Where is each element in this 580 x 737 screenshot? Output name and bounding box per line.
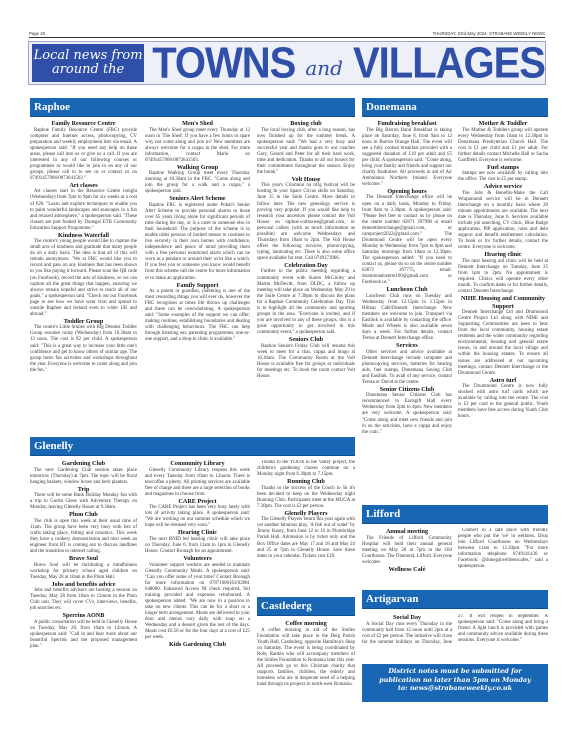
article: Kids Gardening Club <box>145 641 250 649</box>
article-heading: Hearing clinic <box>458 251 548 259</box>
lifford-column: Annual meetingThe Friends of Lifford Com… <box>362 528 548 588</box>
article: Mother & ToddlerThe Mother & Toddlers gr… <box>458 120 548 164</box>
article-body: Dennett Interchange Ltd and Drummond Cen… <box>458 310 548 377</box>
article: Toddler GroupThe centre's Little Smiles … <box>30 318 137 374</box>
article-body: The next hearing aid clinic will be held… <box>458 259 548 295</box>
notice-line-1: District notes must be submitted for <box>362 667 548 676</box>
article-body: The centre's young people would like to … <box>30 239 137 318</box>
article-heading: Community Library <box>145 460 250 468</box>
article: Luncheon ClubLuncheon Club runs on Tuesd… <box>362 286 452 342</box>
article-heading: NIHE Housing and Community Support <box>458 295 548 310</box>
article-body: The club is open this week at their usua… <box>30 519 137 555</box>
article: Boxing clubThe local boxing club, after … <box>257 120 355 176</box>
article-heading: Art classes <box>30 182 137 190</box>
kicker-line-1: Local news from <box>32 49 144 63</box>
article-heading: Family Support <box>145 282 250 290</box>
article-body: The Drummond Centre is now fully stocked… <box>458 384 548 420</box>
article: CARE ProjectThe CARE Project has been ve… <box>145 498 250 530</box>
article-heading: Kindness Waterfall <box>30 232 137 240</box>
article-heading: Running Club <box>257 478 355 486</box>
article: Celebration DayFurther to the public mee… <box>257 262 355 336</box>
masthead-banner: Local news from around the TOWNS and VIL… <box>28 41 546 85</box>
article-body: Raphoe FRC is registered under Pobal's S… <box>145 203 250 282</box>
article-body: The next Gardening Club session takes pl… <box>30 468 137 486</box>
masthead-kicker: Local news from around the <box>32 44 144 82</box>
article-heading: Coffee morning <box>257 620 355 628</box>
article: Opening hoursThe Dennett Interchange off… <box>362 188 452 286</box>
article: Seniors Alert SchemeRaphoe FRC is regist… <box>145 195 250 281</box>
article-heading: Annual meeting <box>362 528 452 536</box>
raphoe-column-3: Boxing clubThe local boxing club, after … <box>257 120 355 435</box>
article-body: Donemana Senior Citizens Club has recomm… <box>362 393 452 435</box>
article-body: Art classes start in the Resource Centre… <box>30 189 137 231</box>
section-header-raphoe: Raphoe <box>30 98 355 117</box>
article-body: The Mother & Toddlers group will operate… <box>458 128 548 164</box>
article: TripThere will be some Bank Holiday Mond… <box>30 486 137 512</box>
article-body: Connect in a safe place with friendly pe… <box>458 528 548 570</box>
article: Seniors ClubRaphoe Seniors Friday Club w… <box>257 336 355 380</box>
article-body: The Big Barron Band Breakfast is taking … <box>362 128 452 188</box>
article-body: Glenelly Community Library reopens this … <box>145 468 250 498</box>
article: Walking GroupRaphoe Walking Group meet e… <box>145 164 250 196</box>
article-body: The next RNID led hearing clinic will ta… <box>145 537 250 555</box>
article-heading: Men's Shed <box>145 120 250 128</box>
article: Coffee morningA coffee morning in aid of… <box>257 620 355 688</box>
artigarvan-column: Social DayA Social Day runs every Thursd… <box>362 614 548 658</box>
article: Astro turfThe Drummond Centre is now ful… <box>458 377 548 421</box>
dateline: THURSDAY, 23rd May 2024- STRABANE WEEKLY… <box>433 31 545 36</box>
article-heading: Astro turf <box>458 377 548 385</box>
article-heading: Hearing Clinic <box>145 529 250 537</box>
article-body: Further to the public meeting regarding … <box>257 269 355 336</box>
article-body: Volunteer support workers are needed to … <box>145 563 250 642</box>
article: Gardening ClubThe next Gardening Club se… <box>30 460 137 486</box>
article: ServicesOther services and advice availa… <box>362 342 452 386</box>
article: Glenelly PlayersThe Glenelly Players ret… <box>257 510 355 560</box>
notice-line-3: to: news@strabaneweekly.co.uk <box>362 684 548 693</box>
section-header-lifford: Lifford <box>362 505 548 524</box>
article: Community LibraryGlenelly Community Libr… <box>145 460 250 498</box>
article-body: Thanks to the YOUth in the Valley projec… <box>257 460 355 478</box>
masthead-villages: VILLAGES <box>353 38 545 88</box>
article-heading: Mother & Toddler <box>458 120 548 128</box>
article-body: The Friends of Lifford Community Hospita… <box>362 536 452 566</box>
article-body: A public consultation will be held in Gl… <box>30 620 137 650</box>
submission-notice: District notes must be submitted for pub… <box>362 664 548 702</box>
section-header-castlederg: Castlederg <box>257 597 355 616</box>
page-number: Page 20 <box>29 31 45 36</box>
article-body: This year's Criomniu na nÓg festival wil… <box>257 183 355 262</box>
article: Kindness WaterfallThe centre's young peo… <box>30 232 137 318</box>
kicker-line-2: around the <box>32 63 144 77</box>
article-body: There will be some Bank Holiday Monday f… <box>30 493 137 511</box>
article-body: Thanks to the success of the Couch to 5k… <box>257 486 355 510</box>
glenelly-column-3: Thanks to the YOUth in the Valley projec… <box>257 460 355 592</box>
article-heading: Social Day <box>362 614 452 622</box>
article: VolunteersVolunteer support workers are … <box>145 555 250 641</box>
article: Annual meetingThe Friends of Lifford Com… <box>362 528 452 566</box>
article: Brave SoulBrave Soul will be facilitatin… <box>30 555 137 581</box>
article-heading: Fuel stamps <box>458 164 548 172</box>
article-heading: Walking Group <box>145 164 250 172</box>
article-heading: Services <box>362 342 452 350</box>
masthead-and: and <box>305 56 343 80</box>
article-body: Raphoe Seniors Friday Club will resume t… <box>257 344 355 380</box>
article-heading: Kids Gardening Club <box>145 641 250 649</box>
raphoe-column-2: Men's ShedThe Men's Shed group meet ever… <box>145 120 250 435</box>
article-heading: Wellness Café <box>362 566 452 574</box>
article-body: Luncheon Club runs on Tuesday and Wednes… <box>362 294 452 342</box>
glenelly-column-2: Community LibraryGlenelly Community Libr… <box>145 460 250 700</box>
article: NIHE Housing and Community SupportDennet… <box>458 295 548 377</box>
article: Thanks to the YOUth in the Valley projec… <box>257 460 355 478</box>
article-heading: Luncheon Club <box>362 286 452 294</box>
article-heading: Plum Club <box>30 511 137 519</box>
article-body: The Glenelly Players return this year ag… <box>257 517 355 559</box>
article-body: As a parent or guardian, parenting is on… <box>145 289 250 343</box>
article: Senior Citizens ClubDonemana Senior Citi… <box>362 386 452 436</box>
article: Advice serviceThe Jobs & Benefits-Make t… <box>458 183 548 251</box>
article-heading: Toddler Group <box>30 318 137 326</box>
article-body: Jobs and benefits advisors are hosting a… <box>30 588 137 612</box>
article-heading: Brave Soul <box>30 555 137 563</box>
article: Sperrins AONBA public consultation will … <box>30 612 137 650</box>
article-heading: Fundraising breakfast <box>362 120 452 128</box>
article-heading: Volunteers <box>145 555 250 563</box>
article: Family Resource CentreRaphoe Family Reso… <box>30 120 137 182</box>
castlederg-column: Coffee morningA coffee morning in aid of… <box>257 620 355 700</box>
donemana-column-1: Fundraising breakfastThe Big Barron Band… <box>362 120 452 503</box>
article: Hearing clinicThe next hearing aid clini… <box>458 251 548 295</box>
article-heading: CARE Project <box>145 498 250 506</box>
article-body: Raphoe Walking Group meet every Thursday… <box>145 171 250 195</box>
notice-line-2: publication no later than 5pm on Monday <box>362 676 548 685</box>
section-header-donemana: Donemana <box>362 98 548 117</box>
article: Running ClubThanks to the success of the… <box>257 478 355 510</box>
section-header-artigarvan: Artigarvan <box>362 590 548 609</box>
article-body: Brave Soul will be facilitating a mindfu… <box>30 563 137 581</box>
article-body: The centre's Little Smiles with Big Drea… <box>30 325 137 373</box>
article-heading: Gardening Club <box>30 460 137 468</box>
article: Social DayA Social Day runs every Thursd… <box>362 614 548 646</box>
article-heading: Seniors Club <box>257 336 355 344</box>
article-heading: Advice service <box>458 183 548 191</box>
article-heading: Boxing club <box>257 120 355 128</box>
article: Men's ShedThe Men's Shed group meet ever… <box>145 120 250 164</box>
article-body: A coffee morning in aid of the Smiles Fo… <box>257 628 355 688</box>
article-heading: Trip <box>30 486 137 494</box>
article-body: The Dennett Interchange office will be o… <box>362 195 452 286</box>
article-body: The CARE Project has been very busy late… <box>145 505 250 529</box>
article-heading: Jobs and benefits advice <box>30 581 137 589</box>
article-body: Stamps are now available by calling into… <box>458 171 548 183</box>
article-body: The Jobs & Benefits-Make the Call Wrapar… <box>458 191 548 251</box>
section-header-glenelly: Glenelly <box>30 437 355 456</box>
article: Hearing ClinicThe next RNID led hearing … <box>145 529 250 555</box>
article: Jobs and benefits adviceJobs and benefit… <box>30 581 137 613</box>
article-heading: Celebration Day <box>257 262 355 270</box>
running-head: Page 20 THURSDAY, 23rd May 2024- STRABAN… <box>29 30 545 38</box>
article: Fuel stampsStamps are now available by c… <box>458 164 548 184</box>
article-heading: Family Resource Centre <box>30 120 137 128</box>
article: Art classesArt classes start in the Reso… <box>30 182 137 232</box>
article: Plum ClubThe club is open this week at t… <box>30 511 137 555</box>
article: Fundraising breakfastThe Big Barron Band… <box>362 120 452 188</box>
article-heading: Senior Citizens Club <box>362 386 452 394</box>
article: Family SupportAs a parent or guardian, p… <box>145 282 250 344</box>
raphoe-column-1: Family Resource CentreRaphoe Family Reso… <box>30 120 137 435</box>
donemana-column-2: Mother & ToddlerThe Mother & Toddlers gr… <box>458 120 548 503</box>
article-heading: Opening hours <box>362 188 452 196</box>
article-body: Other services and advice available at D… <box>362 350 452 386</box>
article-body: The Men's Shed group meet every Thursday… <box>145 128 250 164</box>
article-body: The local boxing club, after a long seas… <box>257 128 355 176</box>
article: Volt HouseThis year's Criomniu na nÓg fe… <box>257 176 355 262</box>
article-heading: Glenelly Players <box>257 510 355 518</box>
article-heading: Seniors Alert Scheme <box>145 195 250 203</box>
article-heading: Sperrins AONB <box>30 612 137 620</box>
masthead-towns: TOWNS <box>152 38 295 88</box>
article-body: Raphoe Family Resource Centre (FRC) prov… <box>30 128 137 182</box>
glenelly-column-1: Gardening ClubThe next Gardening Club se… <box>30 460 137 700</box>
